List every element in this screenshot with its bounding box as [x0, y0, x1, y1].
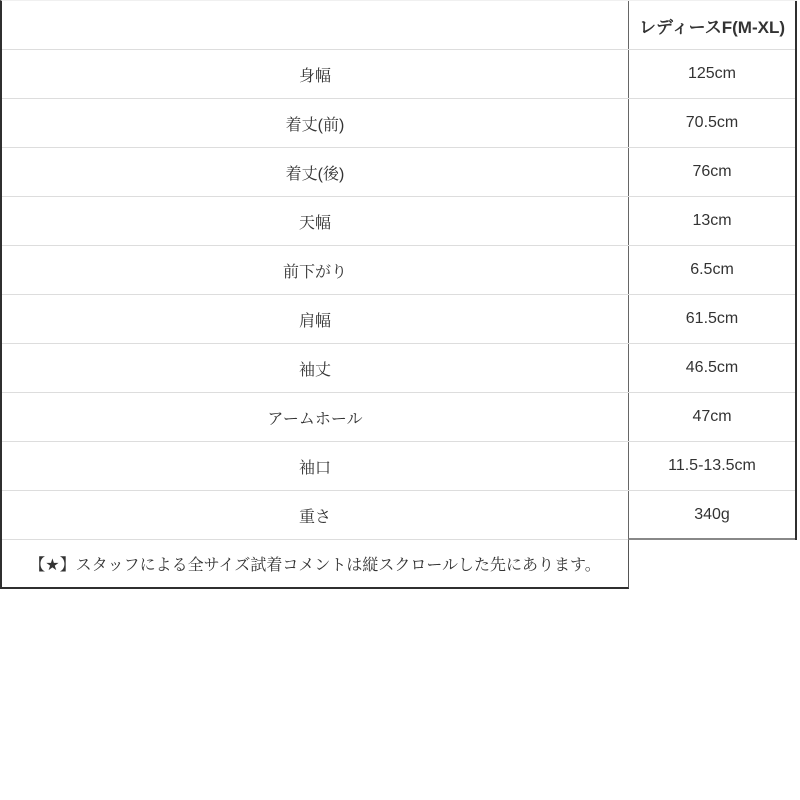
size-table-main-grid: レディースF(M-XL) 身幅 125cm 着丈(前) 70.5cm 着丈(後)…	[2, 1, 797, 540]
table-row: 袖口 11.5-13.5cm	[2, 442, 795, 491]
table-row: アームホール 47cm	[2, 393, 795, 442]
row-value-cell: 47cm	[628, 393, 795, 441]
table-row: 重さ 340g	[2, 491, 795, 540]
row-label-cell: 袖口	[2, 442, 628, 490]
row-label-cell: 天幅	[2, 197, 628, 245]
table-row: 着丈(後) 76cm	[2, 148, 795, 197]
row-label-cell: アームホール	[2, 393, 628, 441]
row-value-cell: 46.5cm	[628, 344, 795, 392]
row-value-cell: 340g	[628, 491, 795, 540]
row-label-cell: 前下がり	[2, 246, 628, 294]
row-label-cell: 袖丈	[2, 344, 628, 392]
row-value-cell: 70.5cm	[628, 99, 795, 147]
footnote-text: 【★】スタッフによる全サイズ試着コメントは縦スクロールした先にあります。	[29, 552, 600, 575]
row-label-cell: 着丈(後)	[2, 148, 628, 196]
row-value-cell: 11.5-13.5cm	[628, 442, 795, 490]
table-row: 袖丈 46.5cm	[2, 344, 795, 393]
row-label-cell: 着丈(前)	[2, 99, 628, 147]
table-row: 肩幅 61.5cm	[2, 295, 795, 344]
row-value-cell: 13cm	[628, 197, 795, 245]
row-value-cell: 61.5cm	[628, 295, 795, 343]
table-row: 身幅 125cm	[2, 50, 795, 99]
row-value-cell: 125cm	[628, 50, 795, 98]
row-label-cell: 身幅	[2, 50, 628, 98]
row-label-cell: 重さ	[2, 491, 628, 540]
header-empty-cell	[2, 1, 628, 49]
row-value-cell: 6.5cm	[628, 246, 795, 294]
table-row: 着丈(前) 70.5cm	[2, 99, 795, 148]
size-spec-table: レディースF(M-XL) 身幅 125cm 着丈(前) 70.5cm 着丈(後)…	[0, 0, 797, 589]
header-size-cell: レディースF(M-XL)	[628, 1, 795, 49]
table-header-row: レディースF(M-XL)	[2, 1, 795, 50]
row-label-cell: 肩幅	[2, 295, 628, 343]
row-value-cell: 76cm	[628, 148, 795, 196]
table-row: 前下がり 6.5cm	[2, 246, 795, 295]
table-row: 天幅 13cm	[2, 197, 795, 246]
footnote-row: 【★】スタッフによる全サイズ試着コメントは縦スクロールした先にあります。	[2, 540, 629, 589]
